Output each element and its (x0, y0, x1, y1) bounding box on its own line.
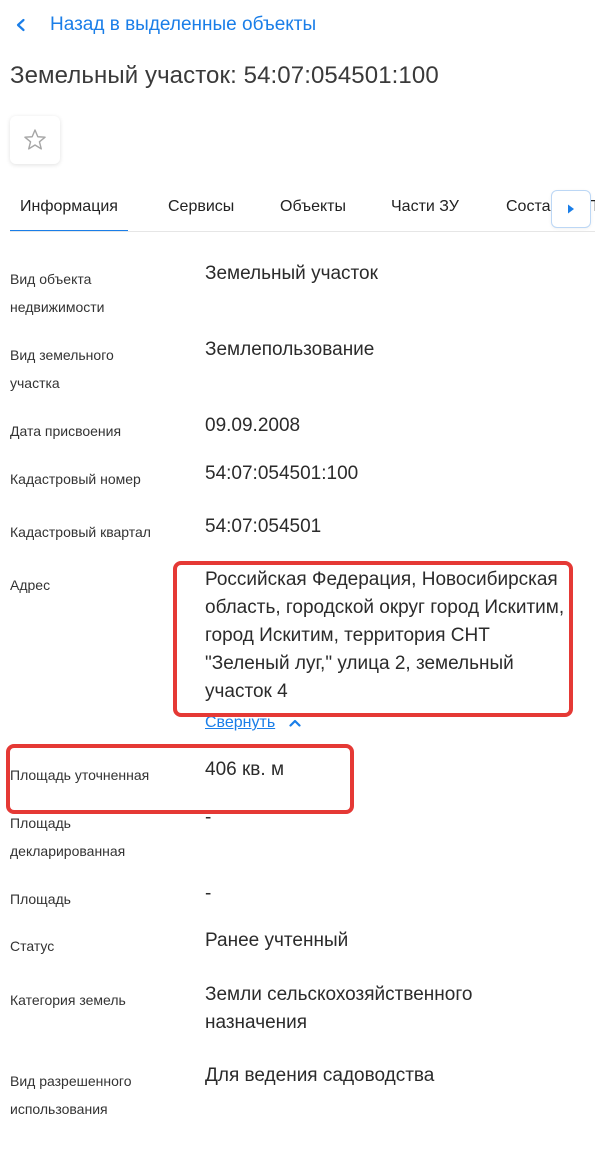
row-label: Площадь декларированная (10, 809, 160, 865)
back-link-label: Назад в выделенные объекты (50, 14, 316, 36)
row-label: Кадастровый номер (10, 465, 190, 493)
row-label: Кадастровый квартал (10, 518, 190, 546)
row-value: Российская Федерация, Новосибирская обла… (205, 566, 565, 706)
tab-information[interactable]: Информация (10, 182, 128, 232)
back-link[interactable]: Назад в выделенные объекты (14, 10, 316, 40)
row-value: Ранее учтенный (205, 927, 575, 955)
row-value: 54:07:054501 (205, 513, 575, 541)
row-value: Для ведения садоводства (205, 1062, 575, 1090)
star-outline-icon (22, 127, 48, 153)
tab-parts[interactable]: Части ЗУ (381, 182, 469, 232)
row-label: Вид разрешенного использования (10, 1067, 160, 1123)
caret-right-icon (567, 204, 575, 214)
row-label: Адрес (10, 571, 190, 599)
row-value: - (205, 880, 575, 908)
row-value: 09.09.2008 (205, 412, 575, 440)
favorite-button[interactable] (10, 116, 60, 164)
row-label: Вид земельного участка (10, 341, 140, 397)
chevron-up-icon (289, 719, 301, 727)
page-title: Земельный участок: 54:07:054501:100 (10, 62, 439, 90)
row-label: Площадь (10, 885, 190, 913)
row-value: - (205, 804, 575, 832)
collapse-label: Свернуть (205, 714, 275, 732)
tab-services[interactable]: Сервисы (158, 182, 244, 232)
tab-objects[interactable]: Объекты (270, 182, 356, 232)
row-value: 54:07:054501:100 (205, 460, 575, 488)
row-label: Дата присвоения (10, 417, 190, 445)
row-label: Вид объекта недвижимости (10, 265, 140, 321)
row-value: Земельный участок (205, 260, 575, 288)
row-value: 406 кв. м (205, 756, 575, 784)
row-label: Категория земель (10, 986, 190, 1014)
row-value: Землепользование (205, 336, 575, 364)
chevron-left-icon (14, 18, 28, 32)
row-value: Земли сельскохозяйственного назначения (205, 981, 535, 1037)
land-plot-page: Назад в выделенные объекты Земельный уча… (0, 0, 595, 1149)
collapse-address-link[interactable]: Свернуть (205, 714, 301, 732)
tab-bar: Информация Сервисы Объекты Части ЗУ Сост… (10, 182, 595, 232)
row-label: Площадь уточненная (10, 761, 190, 789)
row-label: Статус (10, 932, 190, 960)
tabs-scroll-right-button[interactable] (551, 190, 591, 228)
